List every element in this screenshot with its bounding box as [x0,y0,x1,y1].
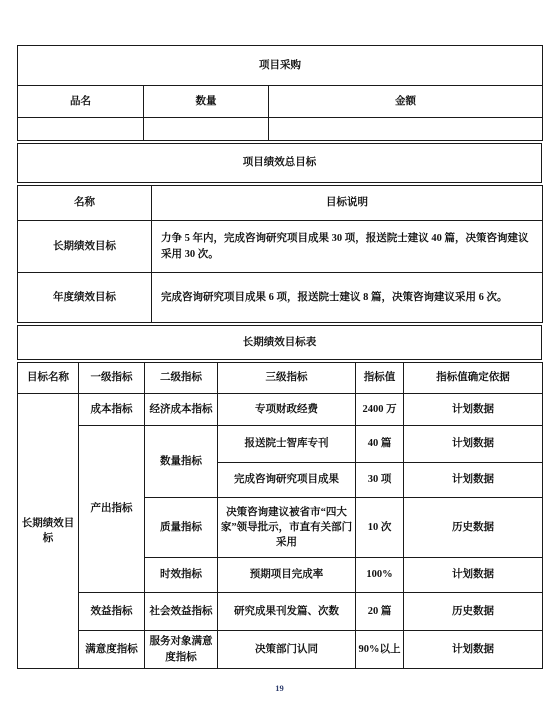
indicator-basis: 计划数据 [404,558,543,593]
longterm-title-table: 长期绩效目标表 [17,325,542,360]
level2-service-satisfaction: 服务对象满意度指标 [145,631,218,669]
empty-cell-amount [269,118,543,141]
page-number: 19 [0,683,559,693]
level3-indicator: 专项财政经费 [218,394,356,426]
table-row: 长期绩效目标 力争 5 年内，完成咨询研究项目成果 30 项，报送院士建议 40… [18,221,543,273]
table-row: 产出指标 数量指标 报送院士智库专刊 40 篇 计划数据 [18,426,543,463]
overall-goal-title: 项目绩效总目标 [18,144,542,183]
level3-indicator: 报送院士智库专刊 [218,426,356,463]
document-page: 项目采购 品名 数量 金额 项目绩效总目标 [0,0,559,718]
level1-satisfaction: 满意度指标 [79,631,145,669]
indicator-value: 90%以上 [356,631,404,669]
level2-economic-cost: 经济成本指标 [145,394,218,426]
column-header-quantity: 数量 [144,86,269,118]
table-header-row: 目标名称 一级指标 二级指标 三级指标 指标值 指标值确定依据 [18,363,543,394]
document-body: 项目采购 品名 数量 金额 项目绩效总目标 [17,45,542,671]
indicator-value: 20 篇 [356,593,404,631]
column-header-name: 名称 [18,186,152,221]
column-header-item: 品名 [18,86,144,118]
indicator-value: 10 次 [356,498,404,558]
goal-name-longterm: 长期绩效目标 [18,221,152,273]
goal-description-longterm: 力争 5 年内，完成咨询研究项目成果 30 项，报送院士建议 40 篇，决策咨询… [152,221,543,273]
column-header-basis: 指标值确定依据 [404,363,543,394]
column-header-level3: 三级指标 [218,363,356,394]
level2-quantity: 数量指标 [145,426,218,498]
indicator-basis: 历史数据 [404,593,543,631]
procurement-title: 项目采购 [18,46,543,86]
level1-benefit: 效益指标 [79,593,145,631]
level2-timeliness: 时效指标 [145,558,218,593]
column-header-value: 指标值 [356,363,404,394]
column-header-level1: 一级指标 [79,363,145,394]
indicator-value: 2400 万 [356,394,404,426]
level3-indicator: 决策部门认同 [218,631,356,669]
column-header-amount: 金额 [269,86,543,118]
level3-indicator: 预期项目完成率 [218,558,356,593]
goal-name-cell: 长期绩效目标 [18,394,79,669]
longterm-indicator-table: 目标名称 一级指标 二级指标 三级指标 指标值 指标值确定依据 长期绩效目标 成… [17,362,543,669]
overall-goal-table: 名称 目标说明 长期绩效目标 力争 5 年内，完成咨询研究项目成果 30 项，报… [17,185,543,323]
indicator-value: 100% [356,558,404,593]
level2-quality: 质量指标 [145,498,218,558]
table-row: 满意度指标 服务对象满意度指标 决策部门认同 90%以上 计划数据 [18,631,543,669]
table-row: 年度绩效目标 完成咨询研究项目成果 6 项，报送院士建议 8 篇，决策咨询建议采… [18,273,543,323]
indicator-basis: 计划数据 [404,394,543,426]
table-row: 长期绩效目标 成本指标 经济成本指标 专项财政经费 2400 万 计划数据 [18,394,543,426]
table-row: 效益指标 社会效益指标 研究成果刊发篇、次数 20 篇 历史数据 [18,593,543,631]
indicator-basis: 计划数据 [404,631,543,669]
indicator-value: 40 篇 [356,426,404,463]
indicator-basis: 计划数据 [404,463,543,498]
indicator-basis: 历史数据 [404,498,543,558]
level1-cost: 成本指标 [79,394,145,426]
indicator-basis: 计划数据 [404,426,543,463]
column-header-level2: 二级指标 [145,363,218,394]
column-header-description: 目标说明 [152,186,543,221]
column-header-goal-name: 目标名称 [18,363,79,394]
level3-indicator: 完成咨询研究项目成果 [218,463,356,498]
goal-name-annual: 年度绩效目标 [18,273,152,323]
level2-social-benefit: 社会效益指标 [145,593,218,631]
overall-goal-title-table: 项目绩效总目标 [17,143,542,183]
empty-cell-item [18,118,144,141]
indicator-value: 30 项 [356,463,404,498]
level1-output: 产出指标 [79,426,145,593]
level3-indicator: 研究成果刊发篇、次数 [218,593,356,631]
empty-cell-quantity [144,118,269,141]
procurement-table: 项目采购 品名 数量 金额 [17,45,543,141]
longterm-table-title: 长期绩效目标表 [18,326,542,360]
goal-description-annual: 完成咨询研究项目成果 6 项，报送院士建议 8 篇，决策咨询建议采用 6 次。 [152,273,543,323]
level3-indicator: 决策咨询建议被省市“四大家”领导批示，市直有关部门采用 [218,498,356,558]
